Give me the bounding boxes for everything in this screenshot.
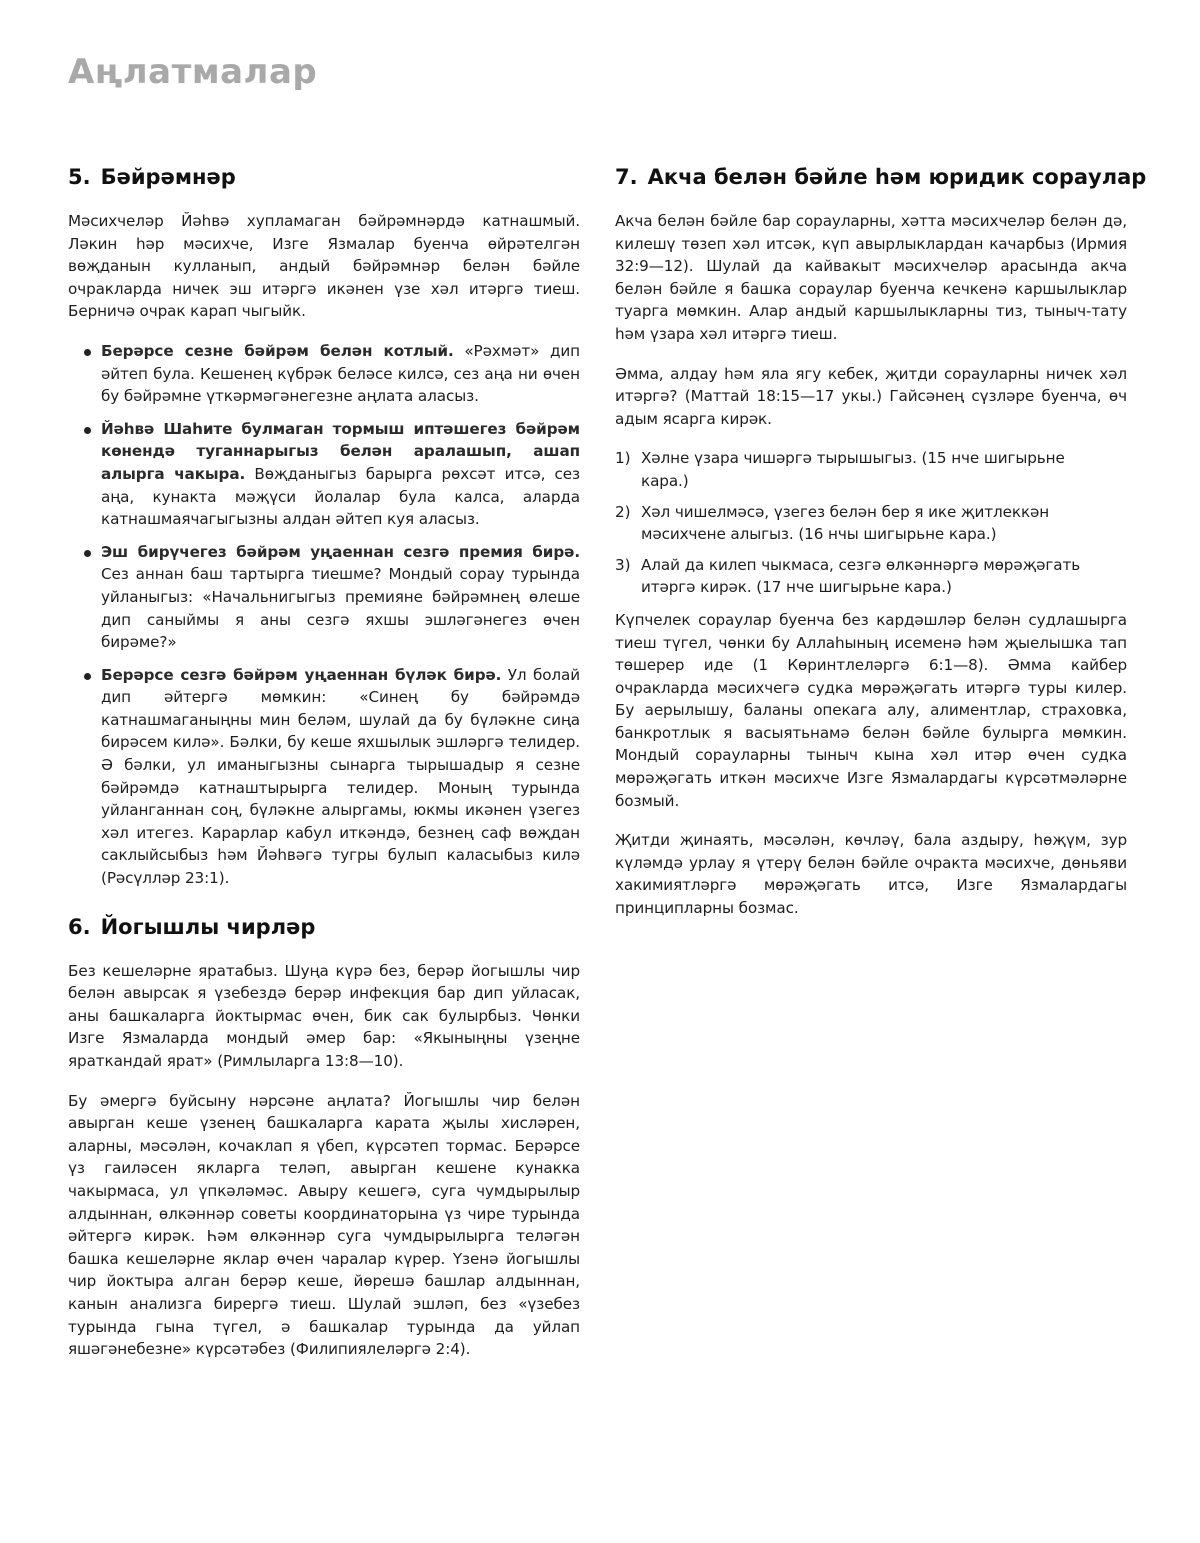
section-title: 6.Йогышлы чирләр [68,912,580,942]
section-title-text: Акча белән бәйле һәм юридик сораулар [648,165,1147,189]
bullet-icon [84,349,91,356]
paragraph: Акча белән бәйле бар сорауларны, хәтта м… [615,210,1127,346]
paragraph: Күпчелек сораулар буенча без кардәшләр б… [615,609,1127,812]
section-contagious-diseases: 6.Йогышлы чирләр Без кешеләрне яратабыз.… [68,912,580,1361]
section-title-text: Йогышлы чирләр [101,915,316,939]
step-item: 2)Хәл чишелмәсә, үзегез белән бер я ике … [615,501,1101,546]
step-item: 1)Хәлне үзара чишәргә тырышыгыз. (15 нче… [615,447,1101,492]
right-column: 7.Акча белән бәйле һәм юридик сораулар А… [615,162,1127,937]
step-text: Хәлне үзара чишәргә тырышыгыз. (15 нче ш… [641,449,1065,490]
section-spacer [68,900,580,912]
bullet-icon [84,673,91,680]
section-title-text: Бәйрәмнәр [101,165,236,189]
step-index: 3) [615,554,630,577]
section-title: 5.Бәйрәмнәр [68,162,580,192]
bullet-icon [84,550,91,557]
steps-list: 1)Хәлне үзара чишәргә тырышыгыз. (15 нче… [615,447,1127,599]
bullet-heading: Эш бирүчегез бәйрәм уңаеннан сезгә преми… [101,543,580,561]
bullet-list: Берәрсе сезне бәйрәм белән котлый. «Рәхм… [68,340,580,890]
step-index: 2) [615,501,630,524]
paragraph: Мәсихчеләр Йәһвә хупламаган бәйрәмнәрдә … [68,210,580,323]
section-number: 6. [68,915,91,939]
page-title: Аңлатмалар [68,52,317,92]
left-column: 5.Бәйрәмнәр Мәсихчеләр Йәһвә хупламаган … [68,162,580,1378]
bullet-icon [84,427,91,434]
step-item: 3)Алай да килеп чыкмаса, сезгә өлкәннәрг… [615,554,1101,599]
step-index: 1) [615,447,630,470]
paragraph: Әмма, алдау һәм яла ягу кебек, җитди сор… [615,363,1127,431]
section-title: 7.Акча белән бәйле һәм юридик сораулар [615,162,1127,192]
bullet-heading: Берәрсе сезне бәйрәм белән котлый. [101,342,454,360]
bullet-heading: Берәрсе сезгә бәйрәм уңаеннан бүләк бирә… [101,666,501,684]
step-text: Алай да килеп чыкмаса, сезгә өлкәннәргә … [641,556,1080,597]
step-text: Хәл чишелмәсә, үзегез белән бер я ике җи… [641,503,1049,544]
section-money-legal: 7.Акча белән бәйле һәм юридик сораулар А… [615,162,1127,920]
paragraph: Җитди җинаять, мәсәлән, көчләү, бала азд… [615,829,1127,919]
bullet-item: Берәрсе сезгә бәйрәм уңаеннан бүләк бирә… [68,664,580,890]
bullet-item: Йәһвә Шаһите булмаган тормыш иптәшегез б… [68,418,580,531]
bullet-item: Эш бирүчегез бәйрәм уңаеннан сезгә преми… [68,541,580,654]
section-number: 7. [615,165,638,189]
section-number: 5. [68,165,91,189]
bullet-text: Сез аннан баш тартырга тиешме? Мондый со… [101,565,580,651]
bullet-text: Ул болай дип әйтергә мөмкин: «Синең бу б… [101,666,580,887]
bullet-item: Берәрсе сезне бәйрәм белән котлый. «Рәхм… [68,340,580,408]
paragraph: Без кешеләрне яратабыз. Шуңа күрә без, б… [68,960,580,1073]
paragraph: Бу әмергә буйсыну нәрсәне аңлата? Йогышл… [68,1090,580,1361]
section-holidays: 5.Бәйрәмнәр Мәсихчеләр Йәһвә хупламаган … [68,162,580,890]
